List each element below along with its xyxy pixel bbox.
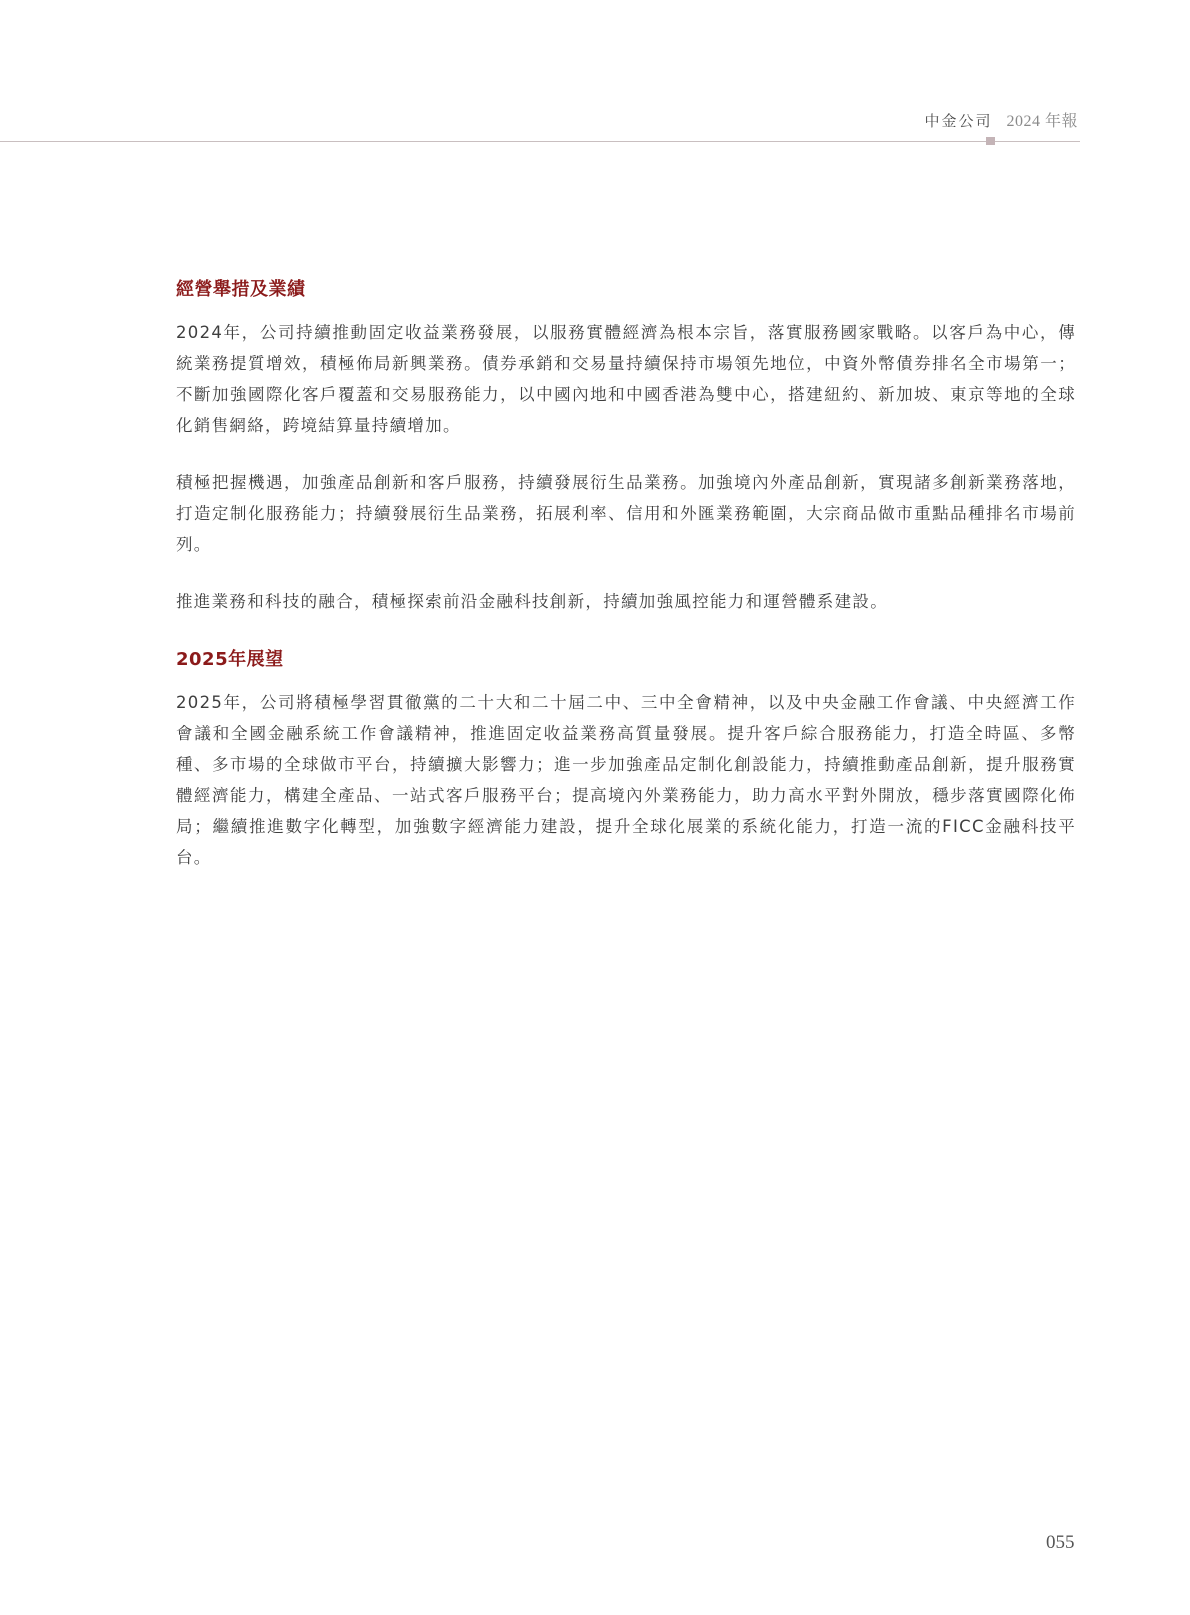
header-report-title: 2024 年報 [1006, 108, 1078, 131]
paragraph-operations-2: 積極把握機遇，加強產品創新和客戶服務，持續發展衍生品業務。加強境內外產品創新，實… [176, 467, 1076, 560]
section-title-operations: 經營舉措及業績 [176, 275, 1076, 301]
paragraph-outlook-1: 2025年，公司將積極學習貫徹黨的二十大和二十屆二中、三中全會精神，以及中央金融… [176, 687, 1076, 873]
page-content: 經營舉措及業績 2024年，公司持續推動固定收益業務發展，以服務實體經濟為根本宗… [176, 275, 1076, 899]
paragraph-operations-1: 2024年，公司持續推動固定收益業務發展，以服務實體經濟為根本宗旨，落實服務國家… [176, 317, 1076, 441]
section-title-outlook: 2025年展望 [176, 645, 1076, 671]
header-divider [0, 141, 1080, 142]
page-number: 055 [1046, 1532, 1075, 1554]
paragraph-operations-3: 推進業務和科技的融合，積極探索前沿金融科技創新，持續加強風控能力和運營體系建設。 [176, 586, 1076, 617]
header-company-name: 中金公司 [924, 110, 992, 131]
header-marker-square [986, 137, 995, 145]
running-header: 中金公司 2024 年報 [924, 108, 1078, 131]
